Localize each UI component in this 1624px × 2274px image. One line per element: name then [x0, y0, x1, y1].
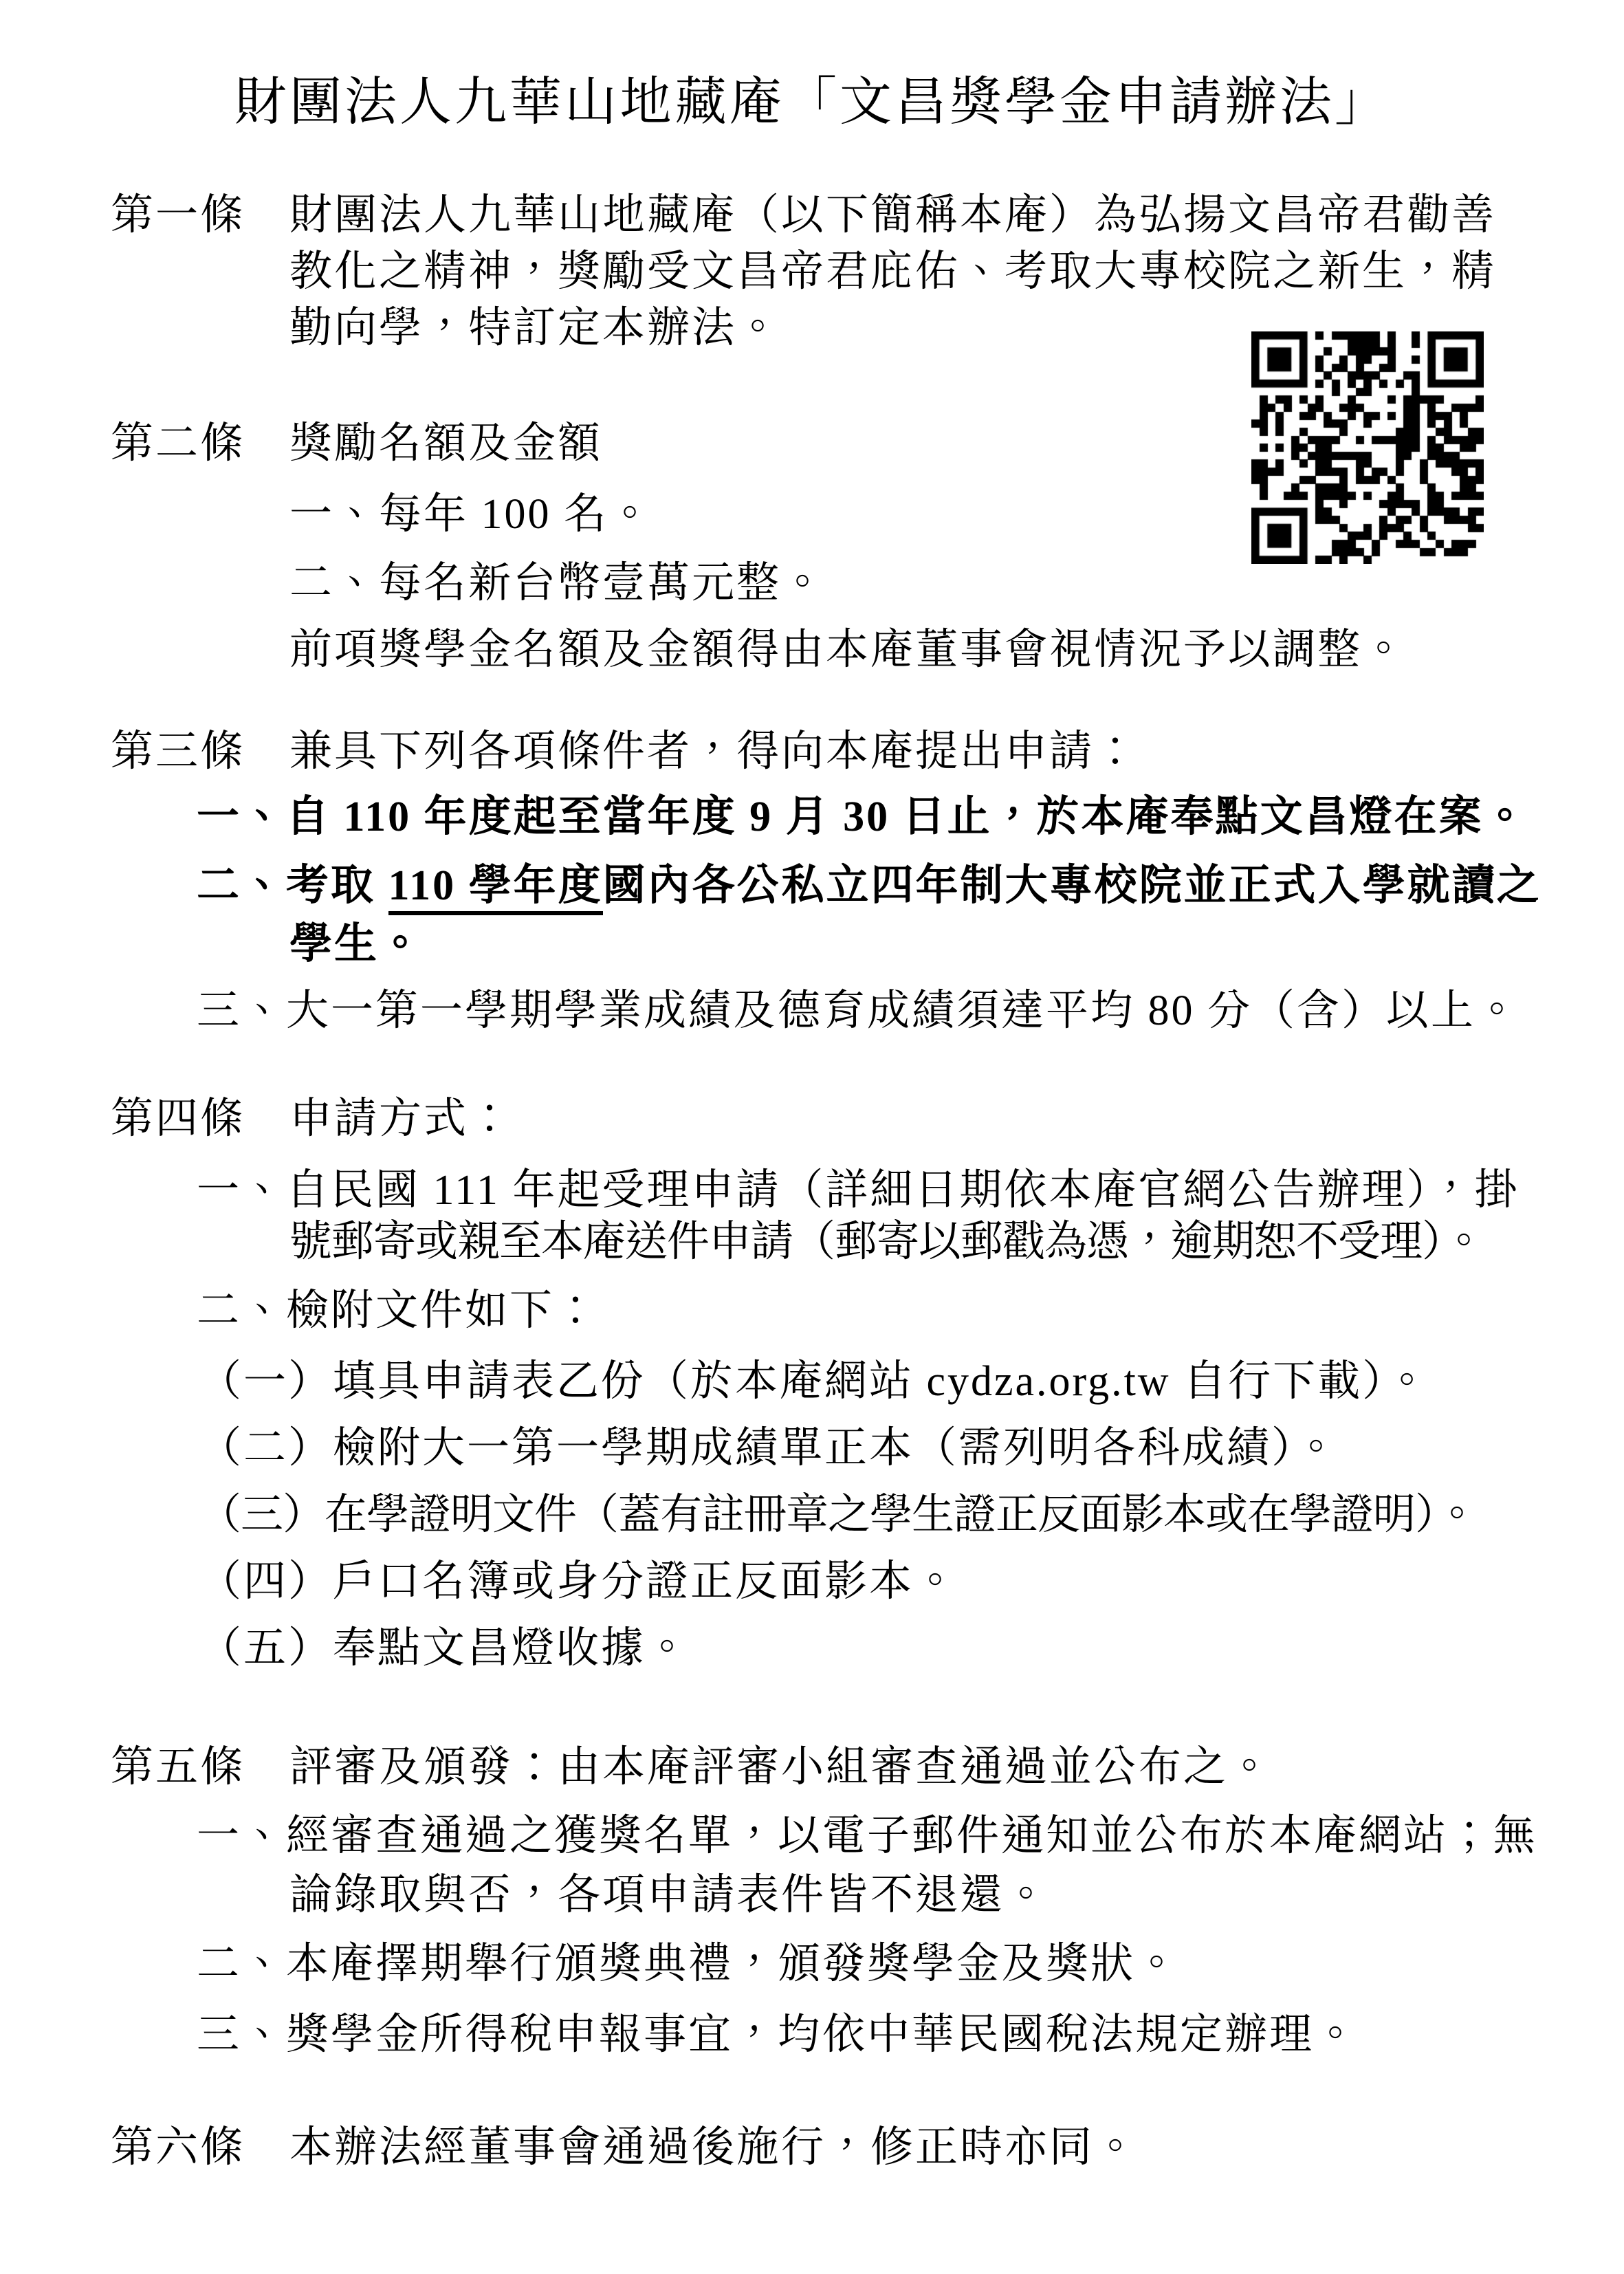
article-6-content: 本辦法經董事會通過後施行，修正時亦同。: [289, 2125, 1139, 2170]
article-2-item-1: 一、每年 100 名。: [289, 492, 653, 537]
article-4-subitem-5: （五）奉點文昌燈收據。: [199, 1626, 690, 1671]
article-5-item-1-line-1: 一、經審查通過之獲獎名單，以電子郵件通知並公布於本庵網站；無: [197, 1813, 1537, 1859]
article-3-heading: 兼具下列各項條件者，得向本庵提出申請：: [289, 729, 1139, 774]
article-1-line-3: 勤向學，特訂定本辦法。: [289, 305, 781, 351]
article-1-line-1: 財團法人九華山地藏庵（以下簡稱本庵）為弘揚文昌帝君勸善: [289, 193, 1496, 238]
article-4-subitem-4: （四）戶口名簿或身分證正反面影本。: [199, 1559, 958, 1604]
article-2-label: 第二條: [111, 421, 245, 466]
article-4-item-1-line-2: 號郵寄或親至本庵送件申請（郵寄以郵戳為憑，逾期恕不受理）。: [289, 1219, 1484, 1265]
article-1-label: 第一條: [111, 193, 245, 238]
article-2-heading: 獎勵名額及金額: [289, 421, 602, 466]
article-4-subitem-2: （二）檢附大一第一學期成績單正本（需列明各科成績）。: [199, 1425, 1339, 1471]
article-3-label: 第三條: [111, 729, 245, 774]
article-4-item-2: 二、檢附文件如下：: [197, 1288, 599, 1333]
article-5-item-2: 二、本庵擇期舉行頒獎典禮，頒發獎學金及獎狀。: [197, 1941, 1180, 1987]
article-5-item-1-line-2: 論錄取與否，各項申請表件皆不退還。: [289, 1872, 1049, 1918]
article-5-heading: 評審及頒發：由本庵評審小組審查通過並公布之。: [289, 1745, 1273, 1790]
article-3-item-2-post: 國內各公私立四年制大專校院並正式入學就讀之: [603, 862, 1541, 909]
article-2-note: 前項獎學金名額及金額得由本庵董事會視情況予以調整。: [289, 627, 1407, 673]
article-4-heading: 申請方式：: [289, 1096, 513, 1141]
article-5-item-3: 三、獎學金所得稅申報事宜，均依中華民國稅法規定辦理。: [197, 2012, 1359, 2057]
article-1-line-2: 教化之精神，獎勵受文昌帝君庇佑、考取大專校院之新生，精: [289, 249, 1496, 294]
article-3-item-2-line-1: 二、考取 110 學年度國內各公私立四年制大專校院並正式入學就讀之: [197, 863, 1541, 908]
article-4-item-1-line-1: 一、自民國 111 年起受理申請（詳細日期依本庵官網公告辦理），掛: [197, 1168, 1519, 1213]
article-3-item-2-line-2: 學生。: [289, 921, 424, 967]
document-title: 財團法人九華山地藏庵「文昌獎學金申請辦法」: [234, 74, 1390, 131]
article-3-item-1: 一、自 110 年度起至當年度 9 月 30 日止，於本庵奉點文昌燈在案。: [197, 794, 1528, 840]
article-5-label: 第五條: [111, 1745, 245, 1790]
article-3-item-2-pre: 二、考取: [197, 862, 388, 909]
qr-code: [1251, 331, 1484, 564]
article-6-label: 第六條: [111, 2125, 245, 2170]
article-3-item-2-underlined-text: 110 學年度: [388, 862, 603, 915]
article-4-label: 第四條: [111, 1096, 245, 1141]
article-4-subitem-1: （一）填具申請表乙份（於本庵網站 cydza.org.tw 自行下載）。: [199, 1359, 1430, 1404]
document-page: 財團法人九華山地藏庵「文昌獎學金申請辦法」 第一條 財團法人九華山地藏庵（以下簡…: [0, 0, 1624, 2274]
article-4-subitem-3: （三）在學證明文件（蓋有註冊章之學生證正反面影本或在學證明）。: [199, 1492, 1478, 1538]
article-3-item-3: 三、大一第一學期學業成績及德育成績須達平均 80 分（含）以上。: [197, 988, 1520, 1034]
article-2-item-2: 二、每名新台幣壹萬元整。: [289, 560, 826, 606]
